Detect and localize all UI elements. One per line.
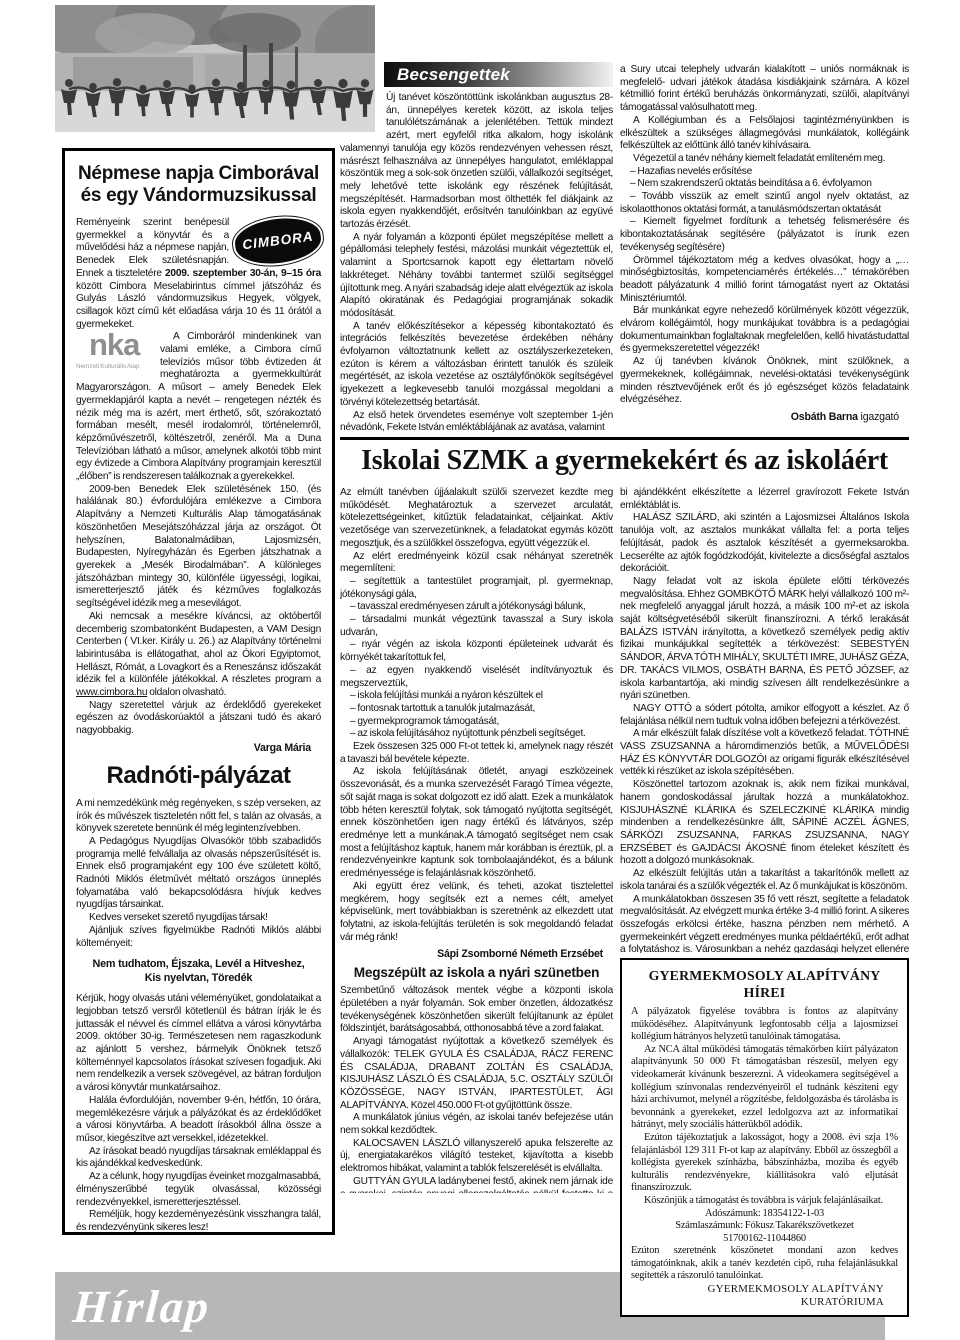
nka-logo-subtitle: Nemzeti Kulturális Alap <box>76 363 140 370</box>
section-divider-rule <box>340 437 909 440</box>
signature-osbath-barna: Osbáth Barna igazgató <box>620 410 909 424</box>
paragraph: Ezúton szeretnénk köszönetet mondani azo… <box>631 1245 898 1283</box>
paragraph: Aki együtt érez velünk, és teheti, azoka… <box>340 881 613 945</box>
paragraph: A munkálatokban összesen 35 fő vett rész… <box>620 894 909 954</box>
paragraph: A mi nemzedékünk még regényeken, s szép … <box>76 798 321 836</box>
paragraph: a Sury utcai telephely udvarán kialakíto… <box>620 64 909 115</box>
paragraph: Az elmúlt tanévben újjáalakult szülői sz… <box>340 487 613 551</box>
paragraph: Reméljük, hogy kezdeményezésünk visszhan… <box>76 1209 321 1234</box>
szmk-headline: Iskolai SZMK a gyermekekért és az iskolá… <box>340 444 909 478</box>
bullet-item: – nyár végén az iskola központi épületei… <box>340 639 613 664</box>
bullet-item: – az egyen nyakkendő viselését indítvány… <box>340 665 613 690</box>
left-column-box: Népmese napja Cimborával és egy Vándormu… <box>62 148 335 1235</box>
subheading-megszepult: Megszépült az iskola a nyári szünetben <box>340 965 613 981</box>
paragraph: A Pedagógus Nyugdíjas Olvasókör több sza… <box>76 836 321 912</box>
bank-name-line: Számlaszámunk: Fókusz Takarékszövetkezet <box>631 1220 898 1233</box>
bank-account-line: 51700162-11044860 <box>631 1233 898 1246</box>
tax-number-line: Adószámunk: 18354122-1-03 <box>631 1208 898 1221</box>
task-item: – Nem szakrendszerű oktatás beindítása a… <box>620 178 909 191</box>
paragraph: A pályázatok figyelése továbbra is fonto… <box>631 1006 898 1044</box>
paragraph-text: Aki nemcsak a mesékre kíváncsi, az októb… <box>76 611 321 686</box>
paragraph: GUTTYÁN GYULA ladánybenei festő, akinek … <box>340 1176 613 1193</box>
paragraph: bi ajándékként elkészítette a lézerrel g… <box>620 487 909 512</box>
task-item: – Hazafias nevelés erősítése <box>620 166 909 179</box>
paragraph: Az elért eredményeink közül csak néhánya… <box>340 551 613 576</box>
task-item: – Kiemelt figyelmet fordítunk a tehetség… <box>620 216 909 254</box>
title-line-2: és egy Vándormuzsikussal <box>81 185 317 206</box>
newspaper-page: { "logos": { "cimbora": "CIMBORA", "nka"… <box>0 0 960 1340</box>
paragraph: NAGY OTTÓ a sódert pótolta, amikor elfog… <box>620 703 909 728</box>
paragraph: Végezetül a tanév néhány kiemelt feladat… <box>620 153 909 166</box>
bold-date-text: 2009. szeptember 30-án, 9–15 óra <box>165 268 321 279</box>
signature-line: KURATÓRIUMA <box>801 1296 884 1308</box>
paragraph: HALÁSZ SZILÁRD, aki szintén a Lajosmizse… <box>620 512 909 576</box>
paragraph: A már elkészült falak díszítése volt a k… <box>620 728 909 779</box>
paragraph: Szembetűnő változások mentek végbe a köz… <box>340 985 613 1036</box>
paragraph: Az új tanévben kívánok Önöknek, mint szü… <box>620 356 909 407</box>
gyermekmosoly-title: GYERMEKMOSOLY ALAPÍTVÁNY HÍREI <box>631 967 898 1001</box>
nka-logo: nka Nemzeti Kulturális Alap <box>76 333 152 372</box>
signature-gyermekmosoly-kuratorium: GYERMEKMOSOLY ALAPÍTVÁNY KURATÓRIUMA <box>631 1283 898 1309</box>
paragraph: Nagy feladat volt az iskola épülete előt… <box>620 576 909 703</box>
poem-line: Kis nyelvtan, Töredék <box>145 972 252 984</box>
becsengettek-header: Becsengettek <box>384 62 613 87</box>
paragraph: Aki nemcsak a mesékre kíváncsi, az októb… <box>76 611 321 700</box>
bullet-item: – tavasszal eredményesen zárult a jótéko… <box>340 601 613 614</box>
hirlap-logo: Hírlap <box>53 1280 212 1333</box>
signature-line: GYERMEKMOSOLY ALAPÍTVÁNY <box>708 1283 884 1295</box>
paragraph: Halála évfordulóján, november 9-én, hétf… <box>76 1095 321 1146</box>
article-title-nepmese: Népmese napja Cimborával és egy Vándormu… <box>76 163 321 207</box>
paragraph: Az elkészült felújítás után a takarítást… <box>620 868 909 893</box>
szmk-article-left-column: Az elmúlt tanévben újjáalakult szülői sz… <box>340 487 613 1193</box>
paragraph: CIMBORA Reményeink szerint benépesül gye… <box>76 217 321 331</box>
signature-name: Osbáth Barna <box>791 411 858 423</box>
photo-children-dancing <box>55 5 375 132</box>
paragraph: Anyagi támogatást nyújtottak a következő… <box>340 1036 613 1112</box>
article-becsengettek: Becsengettek Új tanévet köszöntöttünk is… <box>340 62 613 436</box>
paragraph: Az írásokat beadó nyugdíjas társaknak em… <box>76 1146 321 1171</box>
bullet-item: – gyermekprogramok támogatását, <box>340 716 613 729</box>
paragraph: 2009-ben Benedek Elek születésének 150. … <box>76 484 321 611</box>
photo-wrap-spacer <box>340 62 386 132</box>
paragraph: nka Nemzeti Kulturális Alap A Cimboráról… <box>76 331 321 483</box>
paragraph: Bár munkánkat egyre nehezedő körülmények… <box>620 305 909 356</box>
paragraph-text: oldalon olvasható. <box>147 687 226 698</box>
paragraph: KALOCSAVEN LÁSZLÓ villanyszerelő apuka f… <box>340 1138 613 1176</box>
paragraph: Az iskola felújításának ötletét, anyagi … <box>340 766 613 880</box>
bullet-item: – fontosnak tartottuk a tanulók jutalmaz… <box>340 703 613 716</box>
paragraph-text: között Cimbora Meselabirintus címmel ját… <box>76 281 321 330</box>
signature-sapi-zsomborne: Sápi Zsomborné Németh Erzsébet <box>340 947 613 961</box>
bullet-item: – iskola felújítási munkái a nyáron kész… <box>340 690 613 703</box>
signature-role: igazgató <box>858 411 899 423</box>
paragraph: Köszönettel tartozom azoknak is, akik ne… <box>620 779 909 868</box>
paragraph: Ajánljuk szíves figyelmükbe Radnóti Mikl… <box>76 925 321 950</box>
heading-radnoti-palyazat: Radnóti-pályázat <box>76 763 321 789</box>
cimbora-logo: CIMBORA <box>233 214 324 268</box>
paragraph: A tanév előkészítésekor a képesség kibon… <box>340 321 613 410</box>
szmk-article-right-column: bi ajándékként elkészítette a lézerrel g… <box>620 487 909 953</box>
paragraph: Kérjük, hogy olvasás utáni véleményüket,… <box>76 993 321 1095</box>
signature-varga-maria: Varga Mária <box>76 741 321 755</box>
paragraph: Az NCA által működési támogatás témakörb… <box>631 1044 898 1132</box>
paragraph: A nyár folyamán a központi épület megszé… <box>340 232 613 321</box>
cimbora-logo-text: CIMBORA <box>242 230 315 251</box>
cimbora-website-link[interactable]: www.cimbora.hu <box>76 687 147 698</box>
poem-line: Nem tudhatom, Éjszaka, Levél a Hitveshez… <box>92 958 304 970</box>
paragraph: A Kollégiumban és a Felsőlajosi tagintéz… <box>620 115 909 153</box>
bullet-item: – társadalmi munkát végeztünk tavasszal … <box>340 614 613 639</box>
bullet-item: – segítettük a tantestület programjait, … <box>340 576 613 601</box>
paragraph: Az első hetek örvendetes eseménye volt s… <box>340 410 613 435</box>
poem-titles: Nem tudhatom, Éjszaka, Levél a Hitveshez… <box>76 958 321 985</box>
nka-logo-text: nka <box>89 327 139 362</box>
article-becsengettek-continued: a Sury utcai telephely udvarán kialakíto… <box>620 64 909 437</box>
paragraph: Köszönjük a támogatást és továbbra is vá… <box>631 1195 898 1208</box>
paragraph: Örömmel tájékoztatom még a kedves olvasó… <box>620 255 909 306</box>
paragraph: A munkálatok június végén, az iskolai ta… <box>340 1112 613 1137</box>
paragraph: Nagy szeretettel várjuk az érdeklődő gye… <box>76 700 321 738</box>
bullet-item: – az iskola felújításához nyújtottunk pé… <box>340 728 613 741</box>
title-line-1: Népmese napja Cimborával <box>78 163 319 184</box>
paragraph: Az a célunk, hogy nyugdíjas éveinket moz… <box>76 1171 321 1209</box>
paragraph: Kedves verseket szerető nyugdíjas társak… <box>76 912 321 925</box>
task-item: – Tovább visszük az emelt szintű angol n… <box>620 191 909 216</box>
paragraph: Ezek összesen 325 000 Ft-ot tettek ki, a… <box>340 741 613 766</box>
photo-illustration <box>55 5 375 132</box>
paragraph: Ezúton tájékoztatjuk a lakosságot, hogy … <box>631 1132 898 1195</box>
gyermekmosoly-foundation-box: GYERMEKMOSOLY ALAPÍTVÁNY HÍREI A pályáza… <box>620 958 909 1317</box>
